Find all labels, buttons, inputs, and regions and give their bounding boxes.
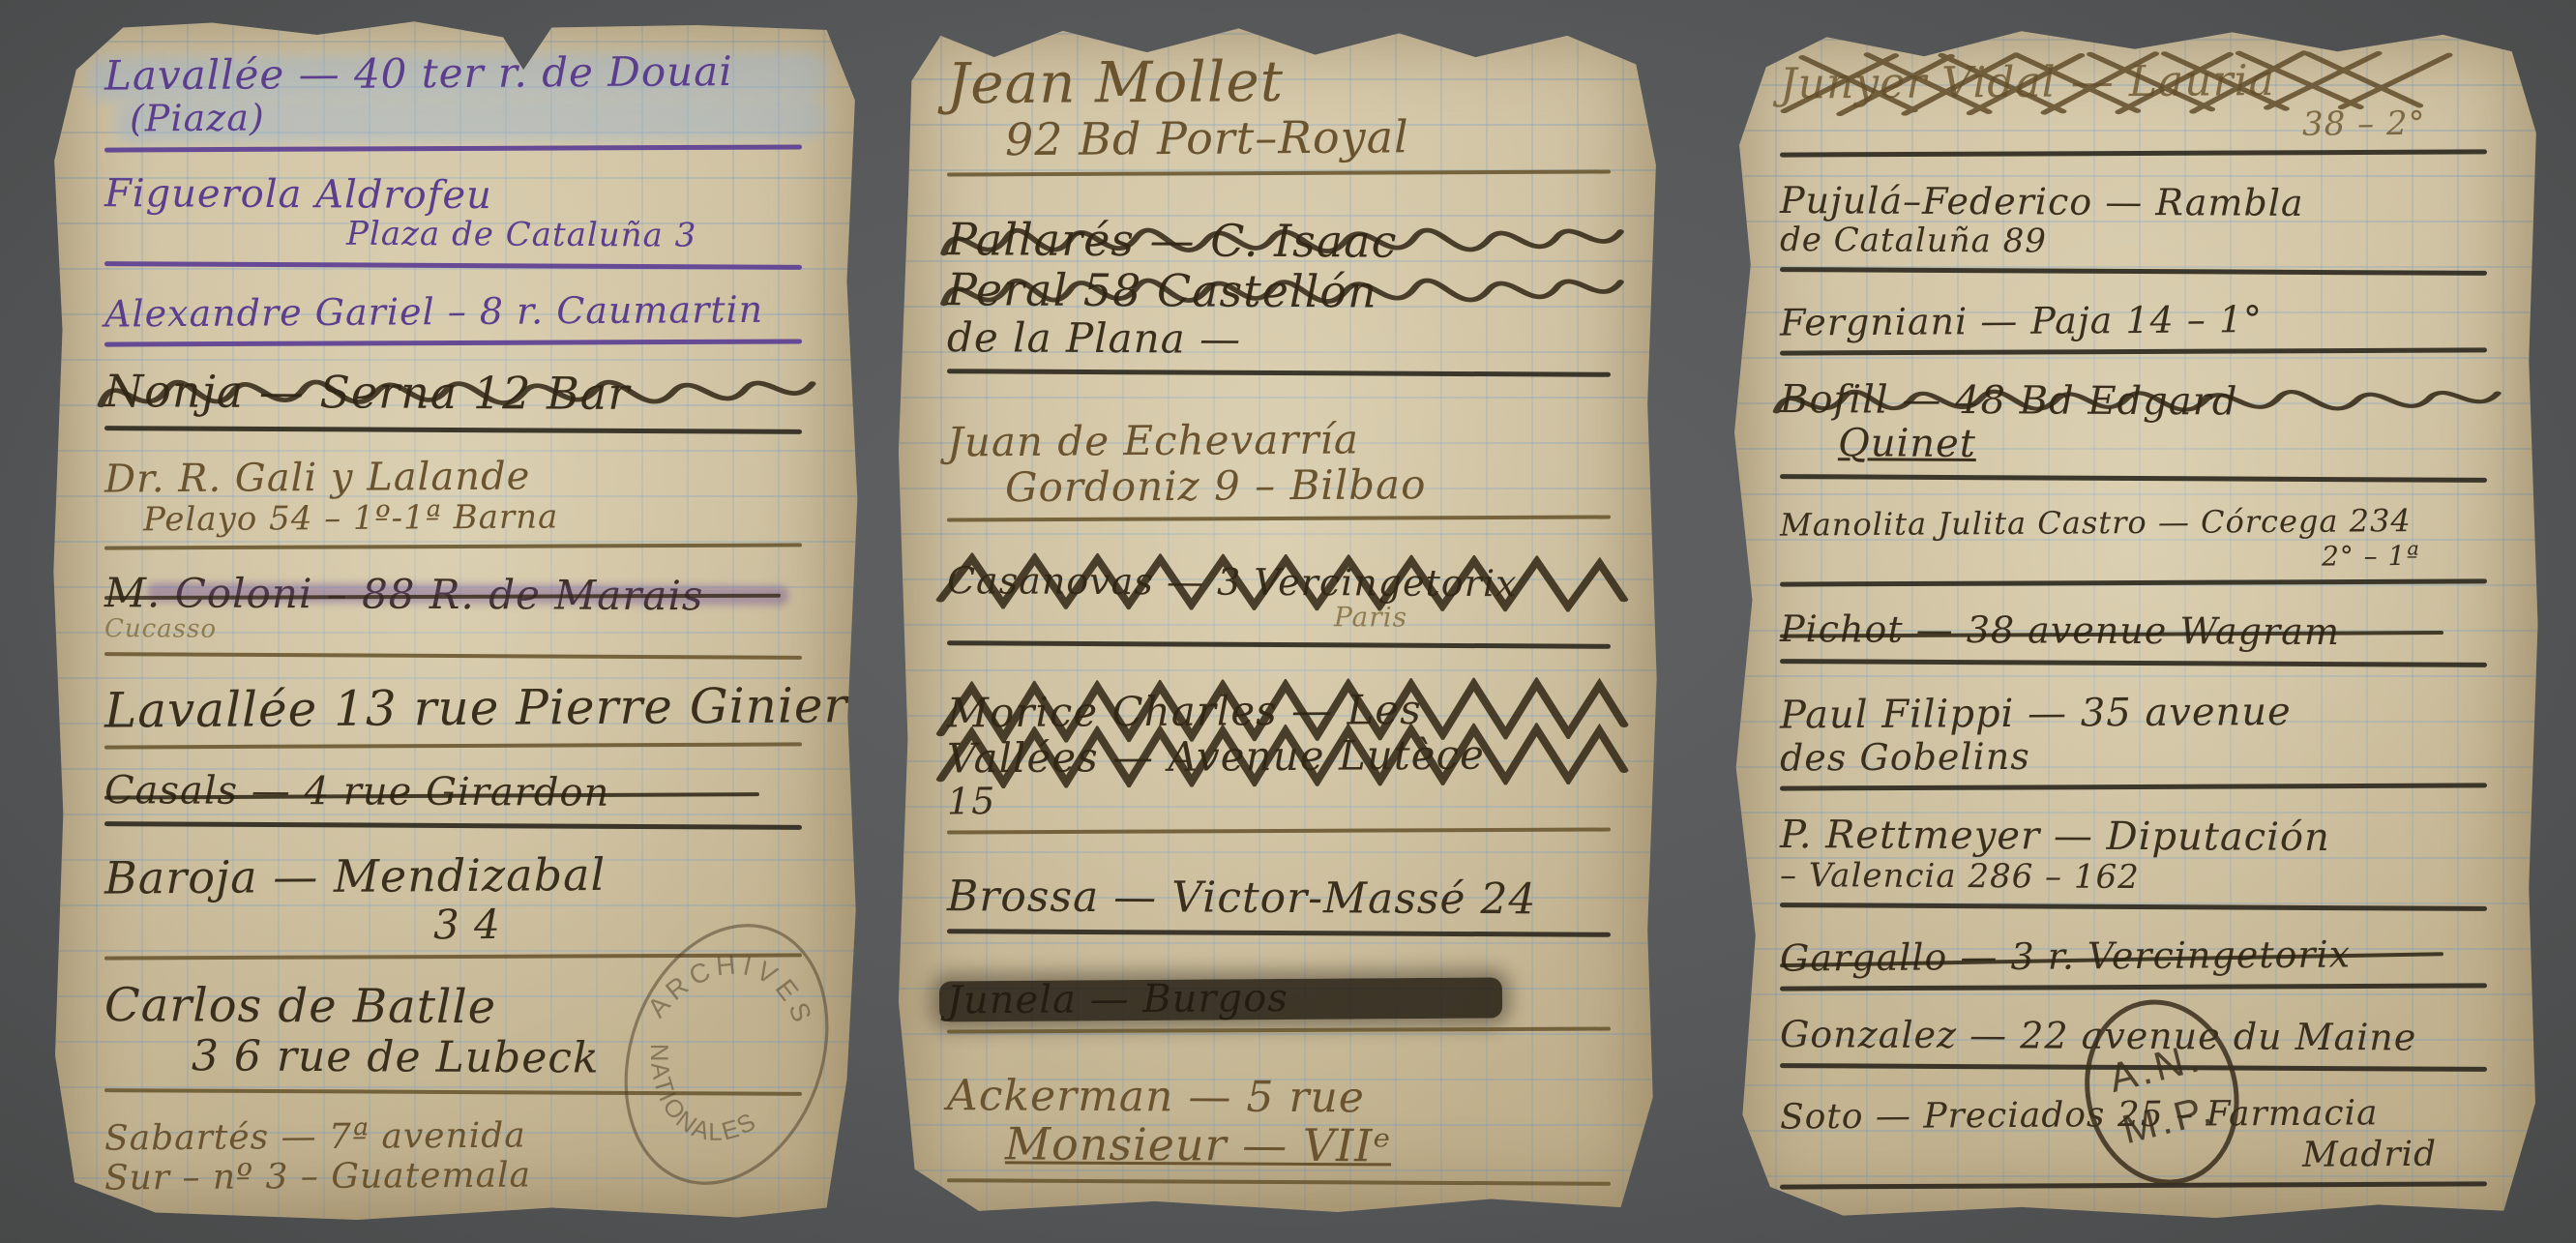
address-line: – Valencia 286 – 162 [1780, 857, 2502, 898]
separator-rule [104, 340, 802, 347]
address-entry: Gargallo — 3 r. Vercingetorix [1780, 935, 2502, 991]
separator-rule [1780, 267, 2487, 276]
address-entry: Manolita Julita Castro — Córcega 2342° –… [1780, 506, 2502, 584]
address-entry: Brossa — Victor-Massé 24 [947, 874, 1624, 935]
address-line: Fergniani — Paja 14 – 1° [1780, 297, 2502, 343]
address-line: Casals — 4 rue Girardon [104, 769, 816, 816]
separator-rule [104, 821, 802, 830]
address-line: Pichot — 38 avenue Wagram [1780, 608, 2502, 653]
address-line: Morice Charles — Les [947, 686, 1624, 736]
address-entry: Ackerman — 5 rueMonsieur — VIIᵉ [947, 1074, 1624, 1184]
separator-rule [104, 742, 802, 749]
separator-rule [1780, 348, 2487, 356]
address-line: de la Plana — [947, 314, 1624, 364]
address-line: Junyer Vidal — Lauria [1780, 55, 2502, 107]
address-line: (Piaza) [130, 94, 816, 140]
address-entry: Morice Charles — LesVallées — Avenue Lut… [947, 688, 1624, 833]
separator-rule [104, 426, 802, 434]
address-line: Paris [1334, 603, 1624, 635]
address-line: P. Rettmeyer — Diputación [1780, 814, 2502, 861]
address-entry: Junela — Burgos [947, 977, 1624, 1033]
address-line: Alexandre Gariel – 8 r. Caumartin [104, 288, 816, 335]
address-entry: Pujulá–Federico — Ramblade Cataluña 89 [1780, 182, 2502, 274]
entry-list-center: Jean Mollet92 Bd Port–RoyalPallarés — C.… [947, 50, 1624, 1184]
address-entry: Casals — 4 rue Girardon [104, 771, 816, 828]
separator-rule [104, 543, 802, 549]
address-entry: Paul Filippi — 35 avenuedes Gobelins [1780, 692, 2502, 789]
separator-rule [1780, 659, 2487, 667]
address-entry: Dr. R. Gali y LalandePelayo 54 – 1º-1ª B… [104, 456, 816, 548]
address-entry: Juan de EchevarríaGordoniz 9 – Bilbao [947, 417, 1624, 520]
address-line: Quinet [1838, 422, 2502, 468]
notebook-page-right: Junyer Vidal — Lauria38 – 2°Pujulá–Feder… [1730, 25, 2540, 1223]
separator-rule [947, 369, 1611, 377]
separator-rule [1780, 474, 2487, 483]
separator-rule [947, 516, 1611, 522]
address-line: de Cataluña 89 [1780, 222, 2502, 262]
address-line: des Gobelins [1780, 732, 2502, 779]
address-line: 15 [947, 777, 1624, 822]
separator-rule [1780, 150, 2487, 158]
address-entry: P. Rettmeyer — Diputación– Valencia 286 … [1780, 815, 2502, 909]
separator-rule [947, 640, 1611, 649]
address-line: Brossa — Victor-Massé 24 [947, 873, 1624, 924]
address-line: Cucasso [104, 615, 816, 647]
address-entry: Casanovas — 3 VercingetorixParis [947, 562, 1624, 647]
address-line: Dr. R. Gali y Lalande [104, 453, 816, 501]
address-line: Pelayo 54 – 1º-1ª Barna [143, 496, 816, 538]
address-line: 2° – 1ª [2322, 541, 2502, 573]
address-entry: Lavallée — 40 ter r. de Douai(Piaza) [104, 50, 816, 151]
separator-rule [104, 652, 802, 660]
address-line: Paul Filippi — 35 avenue [1780, 689, 2502, 737]
separator-rule [947, 827, 1611, 834]
separator-rule [947, 1027, 1611, 1034]
address-entry: Lavallée 13 rue Pierre Ginier [104, 681, 816, 748]
address-line: Ackerman — 5 rue [947, 1072, 1624, 1123]
address-line: Monsieur — VIIᵉ [1005, 1120, 1624, 1173]
address-line: Manolita Julita Castro — Córcega 234 [1780, 504, 2502, 544]
address-entry: Pallarés — C. IsaacPeral 58 Castellónde … [947, 217, 1624, 375]
address-line: Junela — Burgos [947, 974, 1624, 1022]
address-entry: Alexandre Gariel – 8 r. Caumartin [104, 291, 816, 346]
address-line: Jean Mollet [947, 48, 1624, 116]
address-line: Figuerola Aldrofeu [104, 172, 816, 220]
address-line: M. Coloni – 88 R. de Marais [104, 570, 816, 619]
address-line: Lavallée — 40 ter r. de Douai [104, 47, 816, 98]
address-line: Madrid [2302, 1135, 2502, 1175]
address-line: Casanovas — 3 Vercingetorix [947, 560, 1624, 605]
address-line: Pallarés — C. Isaac [947, 215, 1624, 268]
separator-rule [947, 1178, 1611, 1186]
address-entry: M. Coloni – 88 R. de MaraisCucasso [104, 572, 816, 658]
separator-rule [947, 170, 1611, 177]
address-entry: Bofill — 48 Bd EdgardQuinet [1780, 380, 2502, 481]
address-line: Peral 58 Castellón [947, 265, 1624, 318]
address-line: Gargallo — 3 r. Vercingetorix [1780, 932, 2502, 979]
address-line: 92 Bd Port–Royal [1005, 111, 1624, 165]
separator-rule [104, 144, 802, 152]
address-line: Lavallée 13 rue Pierre Ginier [104, 678, 816, 737]
address-entry: Nonja — Serna 12 Bar [104, 369, 816, 432]
address-line: Plaza de Cataluña 3 [346, 216, 816, 255]
separator-rule [1780, 903, 2487, 911]
address-line: Nonja — Serna 12 Bar [104, 367, 816, 420]
address-line: Juan de Echevarría [947, 415, 1624, 465]
address-entry: Junyer Vidal — Lauria38 – 2° [1780, 58, 2502, 156]
address-entry: Jean Mollet92 Bd Port–Royal [947, 50, 1624, 175]
address-entry: Figuerola AldrofeuPlaza de Cataluña 3 [104, 174, 816, 268]
separator-rule [947, 929, 1611, 937]
address-line: Bofill — 48 Bd Edgard [1780, 378, 2502, 426]
address-line: Pujulá–Federico — Rambla [1780, 180, 2502, 224]
separator-rule [104, 261, 802, 270]
stamp-text-nationales: NATIONALES [619, 1035, 780, 1163]
address-entry: Fergniani — Paja 14 – 1° [1780, 300, 2502, 355]
svg-text:NATIONALES: NATIONALES [619, 1035, 780, 1163]
address-line: Vallées — Avenue Lutèce [947, 731, 1624, 782]
address-entry: Pichot — 38 avenue Wagram [1780, 610, 2502, 666]
separator-rule [1780, 783, 2487, 790]
notebook-page-center: Jean Mollet92 Bd Port–RoyalPallarés — C.… [895, 21, 1659, 1217]
strikethrough-scribble [90, 357, 823, 429]
notebook-page-left: Lavallée — 40 ter r. de Douai(Piaza)Figu… [50, 15, 859, 1225]
separator-rule [1780, 578, 2487, 586]
address-line: 38 – 2° [2302, 105, 2502, 144]
blue-ink-wash [114, 97, 826, 143]
address-line: Gordoniz 9 – Bilbao [1005, 460, 1624, 510]
